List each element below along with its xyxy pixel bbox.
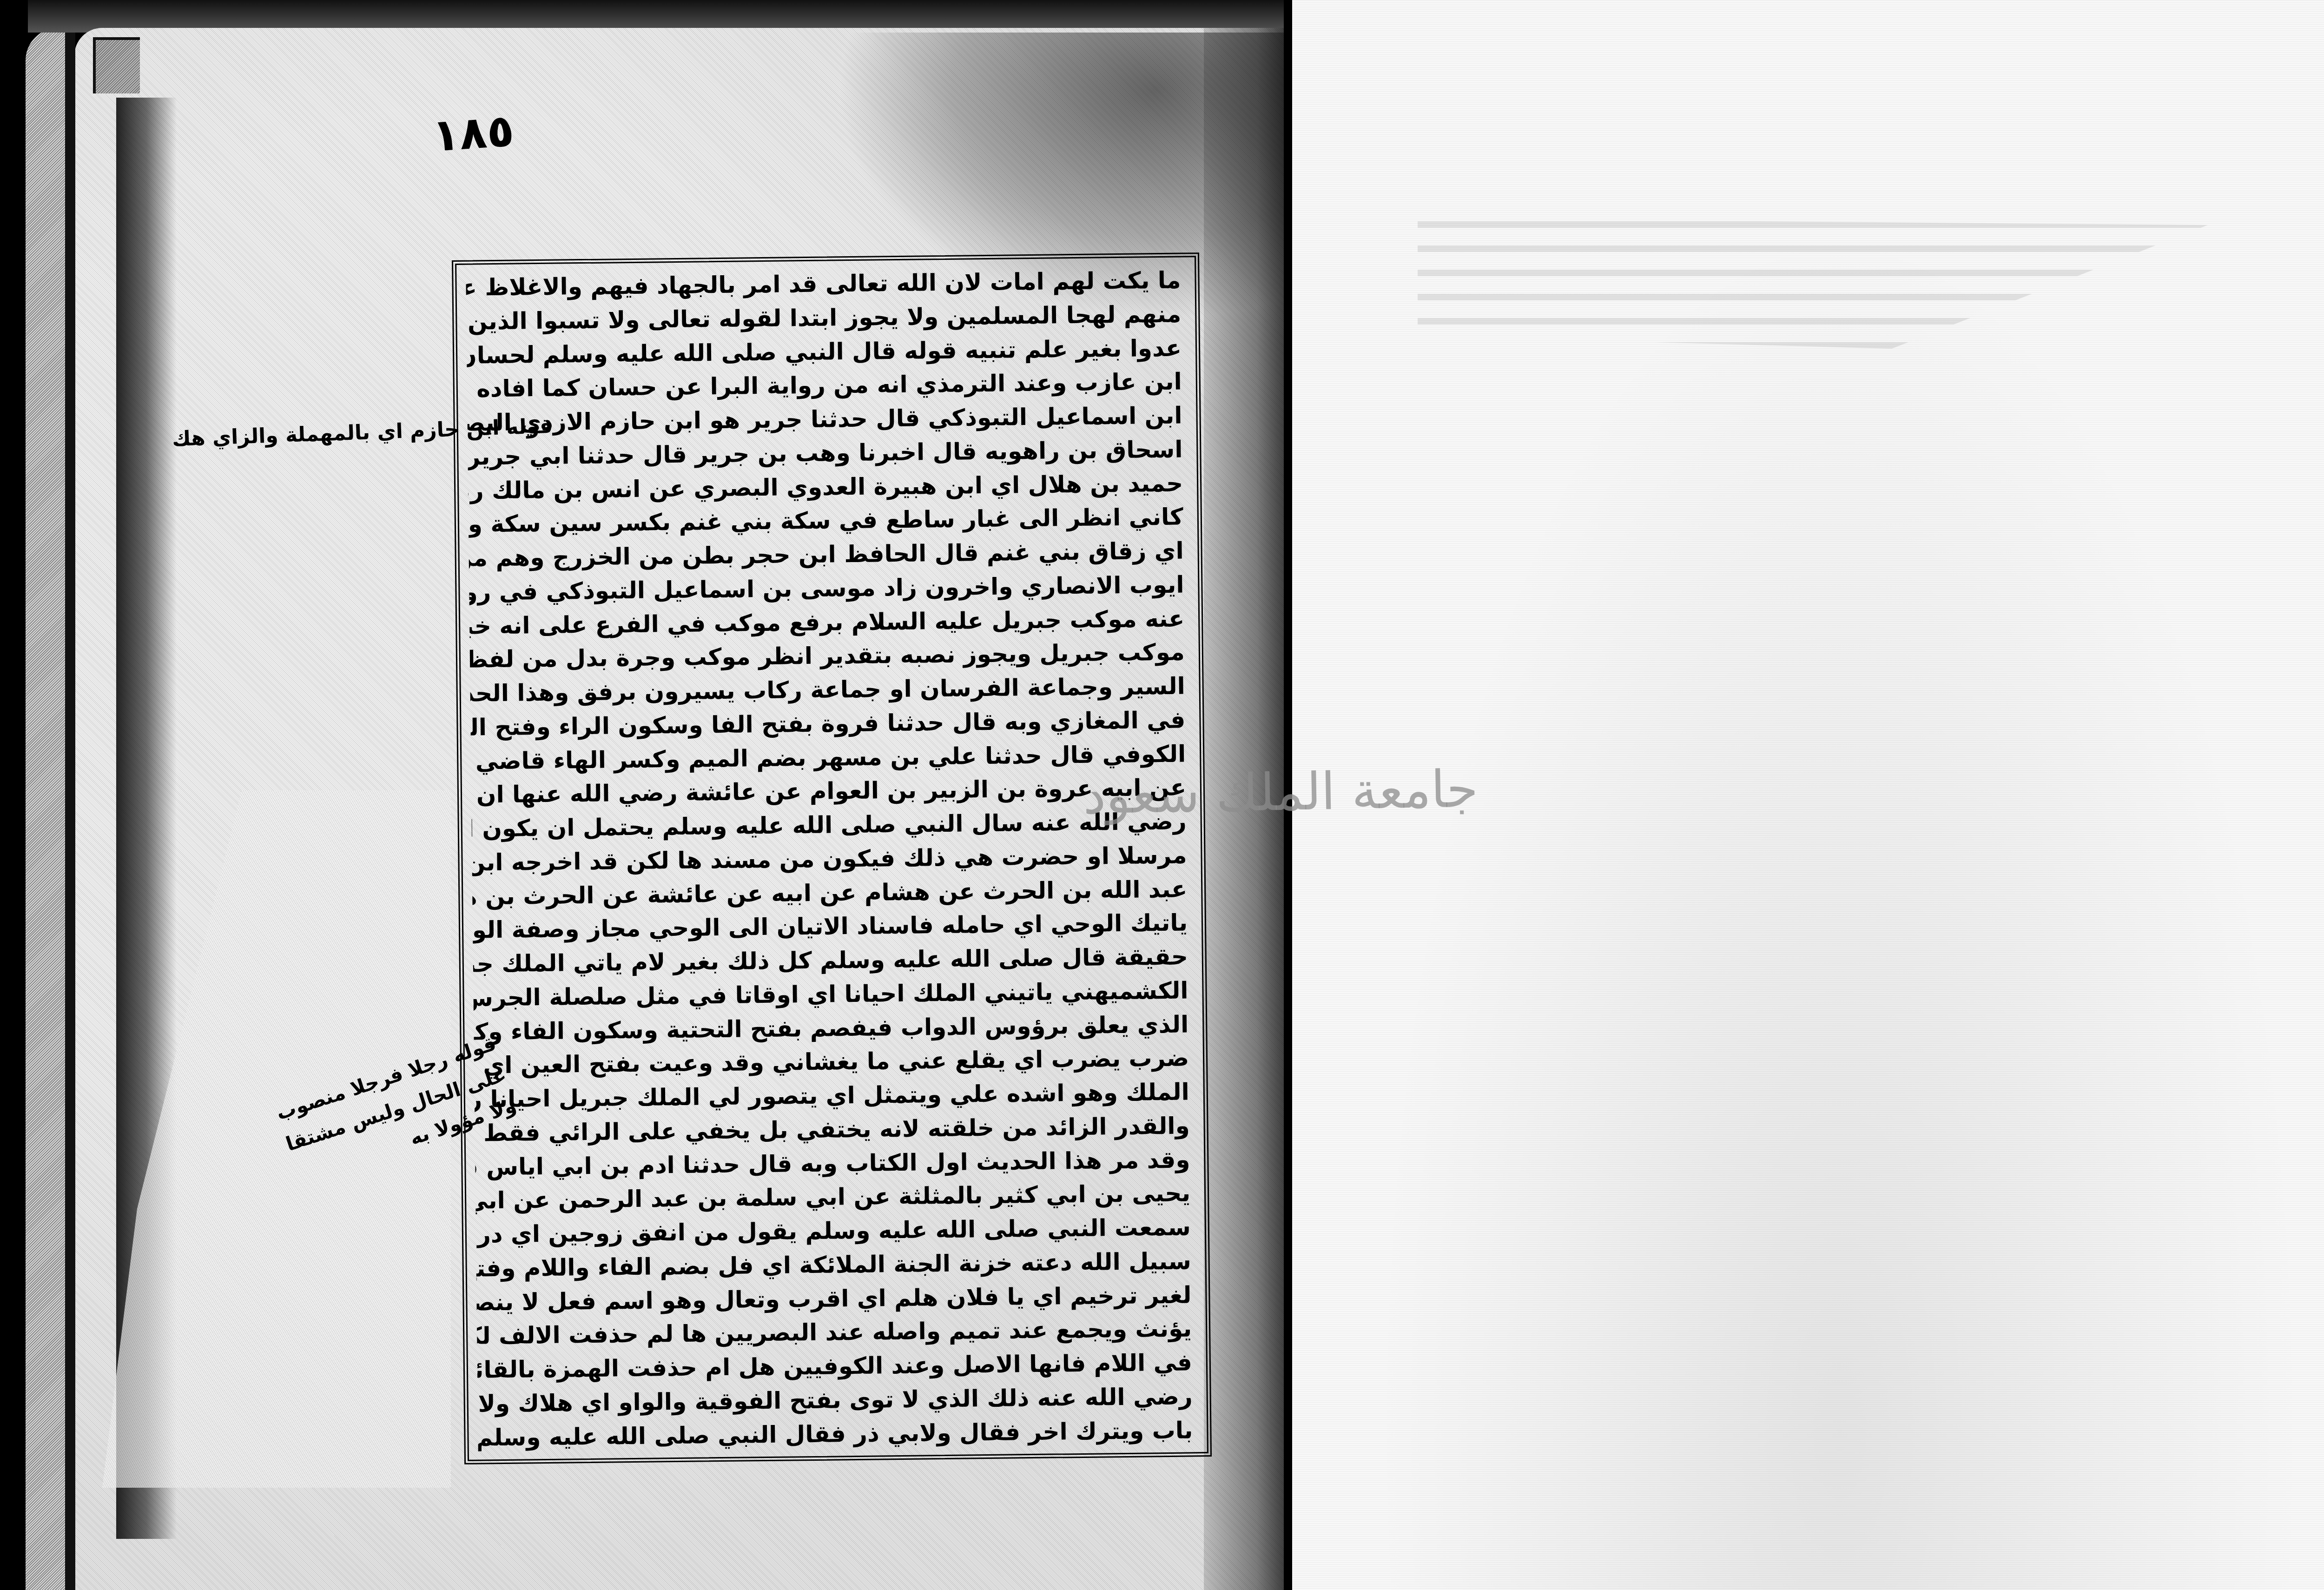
main-text-block: ما يكت لهم امات لان الله تعالى قد امر با… xyxy=(466,263,1193,1454)
page-corner-fold xyxy=(93,37,140,93)
page-number: ١٨٥ xyxy=(430,104,515,162)
book-edge-strip xyxy=(26,28,67,1590)
text-line: باب ويترك اخر فقال ولابي ذر فقال النبي ص… xyxy=(478,1413,1193,1454)
text-frame: ما يكت لهم امات لان الله تعالى قد امر با… xyxy=(452,252,1212,1464)
book-edge-shadow xyxy=(0,0,28,1590)
book-edge-line xyxy=(65,33,75,1590)
library-watermark: جامعة الملك سعود xyxy=(1083,759,1479,826)
